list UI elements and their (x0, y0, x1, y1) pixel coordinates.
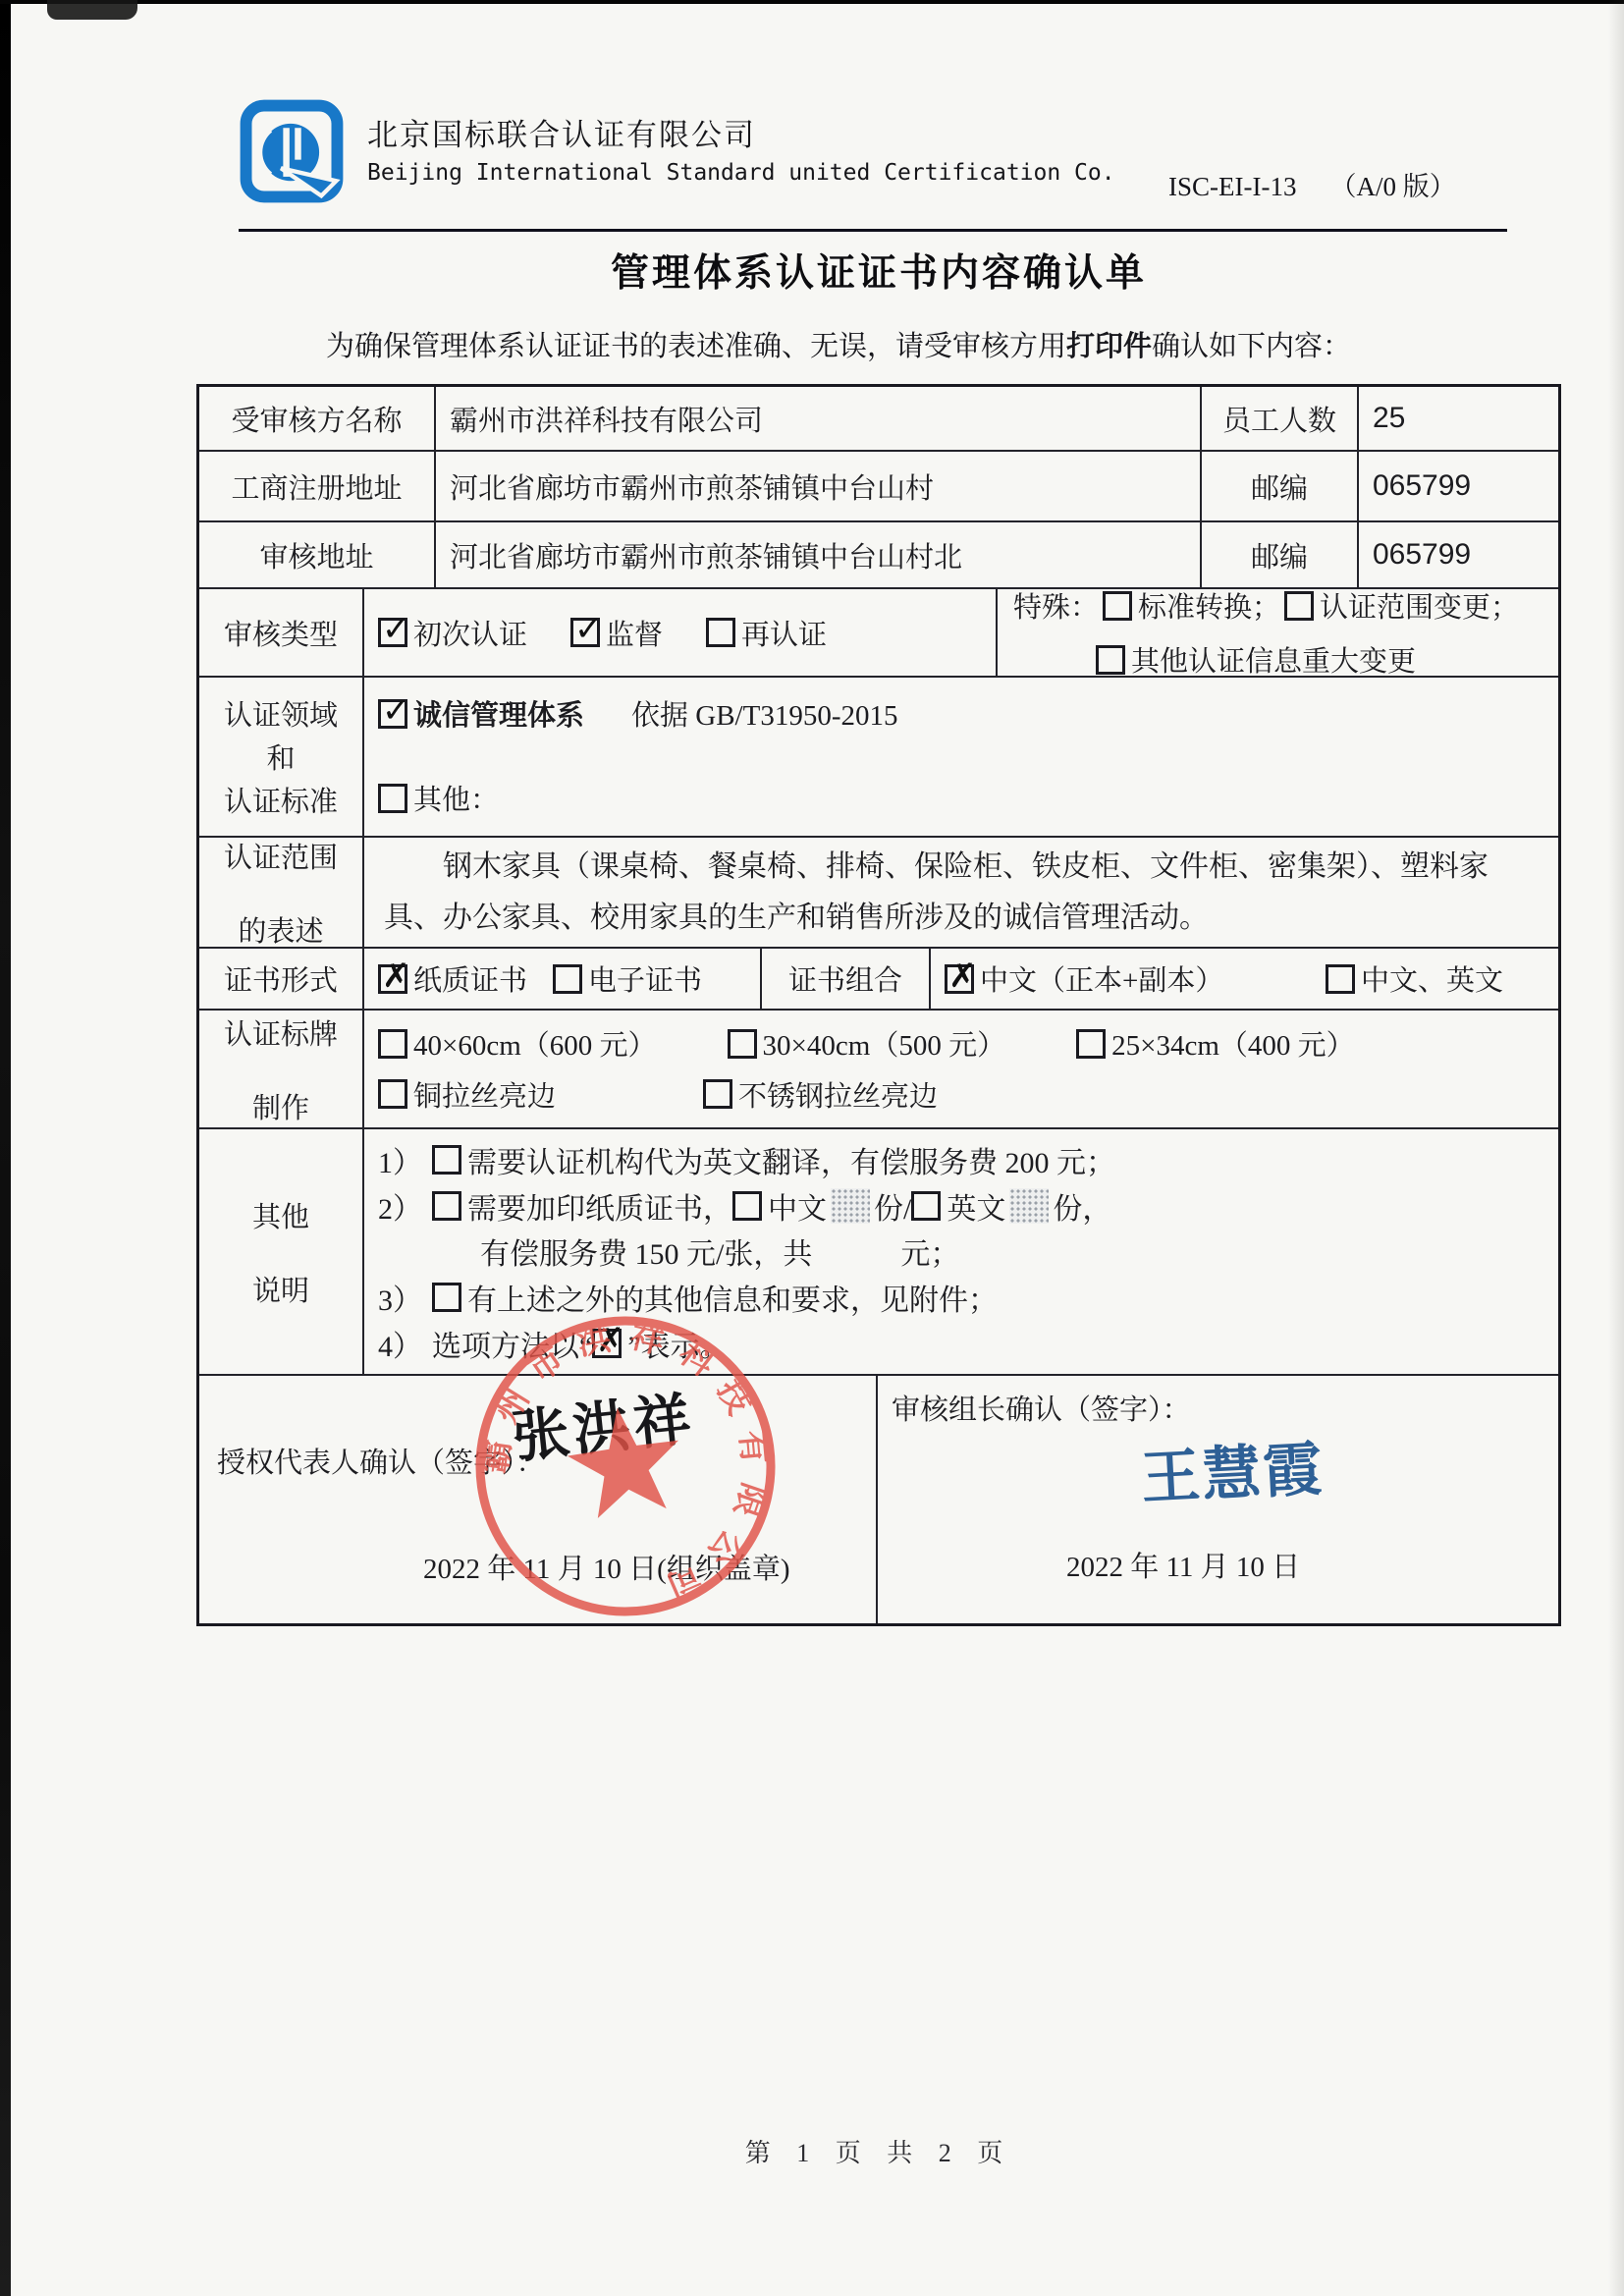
special-prefix: 特殊： (1013, 585, 1099, 626)
scope-content: 钢木家具（课桌椅、餐桌椅、排椅、保险柜、铁皮柜、文件柜、密集架）、塑料家具、办公… (364, 838, 1558, 947)
reg-address-value: 河北省廊坊市霸州市煎茶铺镇中台山村 (436, 452, 1202, 520)
note-text: 份， (1053, 1184, 1111, 1228)
row-registered-address: 工商注册地址 河北省廊坊市霸州市煎茶铺镇中台山村 邮编 065799 (199, 452, 1558, 522)
company-name-en: Beijing International Standard united Ce… (367, 160, 1115, 186)
option-label: 认证范围变更； (1320, 585, 1519, 626)
authorized-representative-cell: 授权代表人确认（签字）： 张洪祥 2022 年 11 月 10 日(组织盖章) (199, 1376, 878, 1623)
company-logo-icon (239, 98, 345, 204)
option-plaque-30x40: 30×40cm（500 元） (728, 1023, 1006, 1064)
note-number: 2） (378, 1184, 422, 1228)
authorized-representative-title: 授权代表人确认（签字）： (217, 1441, 545, 1481)
audit-type-special: 特殊： 标准转换； 认证范围变更； 其他认证信息重大变更 (998, 589, 1558, 676)
label-line: 认证范围 (224, 836, 338, 876)
note-text: 需要加印纸质证书， (467, 1184, 732, 1228)
row-cert-form: 证书形式 ✗ 纸质证书 电子证书 证书组合 ✗ 中文（正本+副本） (199, 949, 1558, 1011)
note-item-1: 1） 需要认证机构代为英文翻译，有偿服务费 200 元； (378, 1138, 1115, 1181)
option-label: 铜拉丝亮边 (413, 1074, 556, 1115)
audit-address-value: 河北省廊坊市霸州市煎茶铺镇中台山村北 (436, 522, 1202, 587)
option-paper-certificate: ✗ 纸质证书 (378, 958, 527, 999)
note-item-4: 4） 选项方法以“ ✗ ”表示。 (378, 1322, 730, 1365)
special-line-2: 其他认证信息重大变更 (1013, 639, 1416, 680)
option-other-major-change: 其他认证信息重大变更 (1096, 639, 1416, 680)
note-text: ”表示。 (627, 1322, 729, 1365)
page-number: 第 1 页 共 2 页 (196, 2133, 1561, 2169)
option-initial-certification: ✓ 初次认证 (378, 613, 527, 653)
option-label: 标准转换； (1138, 585, 1280, 626)
checkbox-chinese-original-copy: ✗ (945, 964, 974, 994)
option-surveillance: ✓ 监督 (570, 613, 663, 653)
employee-count-label: 员工人数 (1202, 387, 1359, 450)
option-plaque-25x34: 25×34cm（400 元） (1076, 1023, 1355, 1064)
audit-postcode-label: 邮编 (1202, 522, 1359, 587)
option-label: 中文、英文 (1361, 958, 1503, 999)
audit-team-leader-title: 审核组长确认（签字）： (892, 1388, 1191, 1428)
checkbox-extra-english (911, 1191, 941, 1221)
checkbox-english-translation (432, 1145, 461, 1175)
note-item-2: 2） 需要加印纸质证书， 中文 份/ 英文 份， (378, 1184, 1111, 1228)
option-label: 再认证 (741, 613, 827, 653)
checkbox-other-info (432, 1283, 461, 1312)
checkbox-surveillance: ✓ (570, 618, 600, 647)
domain-basis: 依据 GB/T31950-2015 (631, 693, 897, 734)
option-label: 30×40cm（500 元） (763, 1023, 1006, 1064)
scan-edge-top (0, 0, 1624, 4)
option-label: 监督 (606, 613, 663, 653)
option-label: 其他认证信息重大变更 (1131, 639, 1416, 680)
note-item-3: 3） 有上述之外的其他信息和要求，见附件； (378, 1276, 998, 1319)
cert-form-options: ✗ 纸质证书 电子证书 (364, 949, 762, 1009)
blank-fill-box (831, 1188, 870, 1224)
audit-postcode-value: 065799 (1359, 522, 1558, 587)
checkbox-recertification (706, 618, 735, 647)
form-table: 受审核方名称 霸州市洪祥科技有限公司 员工人数 25 工商注册地址 河北省廊坊市… (196, 384, 1561, 1626)
scope-label: 认证范围 的表述 (199, 838, 364, 947)
scan-right-shade (1608, 0, 1624, 2296)
special-line-1: 特殊： 标准转换； 认证范围变更； (1013, 585, 1519, 626)
option-label: 不锈钢拉丝亮边 (738, 1074, 938, 1115)
checkbox-scope-change (1284, 591, 1314, 621)
checkbox-copper-edge (378, 1079, 407, 1109)
cert-combo-label: 证书组合 (762, 949, 931, 1009)
domain-main-line: ✓ 诚信管理体系 依据 GB/T31950-2015 (378, 693, 897, 734)
cert-form-label: 证书形式 (199, 949, 364, 1009)
intro-bold: 打印件 (1066, 331, 1152, 362)
label-line: 认证领域 (224, 693, 338, 734)
label-line: 其他 (252, 1195, 309, 1235)
auditee-value: 霸州市洪祥科技有限公司 (436, 387, 1202, 450)
row-cert-domain: 认证领域 和 认证标准 ✓ 诚信管理体系 依据 GB/T31950-2015 其… (199, 678, 1558, 838)
checkbox-paper-certificate: ✗ (378, 964, 407, 994)
checkbox-extra-chinese (732, 1191, 762, 1221)
note-text: 中文 (768, 1184, 827, 1228)
notes-content: 1） 需要认证机构代为英文翻译，有偿服务费 200 元； 2） 需要加印纸质证书… (364, 1129, 1558, 1374)
reg-postcode-label: 邮编 (1202, 452, 1359, 520)
note-text: 有偿服务费 150 元/张，共 元； (480, 1230, 959, 1273)
row-plaque: 认证标牌 制作 40×60cm（600 元） 30×40cm（500 元） 2 (199, 1011, 1558, 1129)
option-copper-edge: 铜拉丝亮边 (378, 1074, 556, 1115)
label-line: 和 (266, 737, 295, 777)
audit-team-leader-date: 2022 年 11 月 10 日 (1066, 1545, 1300, 1585)
label-line: 制作 (252, 1086, 309, 1126)
option-recertification: 再认证 (706, 613, 827, 653)
row-signatures: 授权代表人确认（签字）： 张洪祥 2022 年 11 月 10 日(组织盖章) … (199, 1376, 1558, 1623)
document-code: ISC-EI-I-13（A/0 版） (1168, 165, 1456, 203)
checkbox-integrity-management: ✓ (378, 699, 407, 729)
audit-type-options: ✓ 初次认证 ✓ 监督 再认证 (364, 589, 998, 676)
intro-text: 为确保管理体系认证证书的表述准确、无误，请受审核方用打印件确认如下内容： (326, 324, 1351, 364)
option-label: 25×34cm（400 元） (1111, 1023, 1355, 1064)
audit-team-leader-signature: 王慧霞 (1139, 1422, 1326, 1516)
note-text: 英文 (947, 1184, 1005, 1228)
checkbox-other-major-change (1096, 645, 1125, 675)
option-chinese-original-copy: ✗ 中文（正本+副本） (945, 958, 1223, 999)
checkbox-standard-conversion (1103, 591, 1132, 621)
checkbox-chinese-english (1326, 964, 1355, 994)
label-line: 认证标牌 (224, 1012, 338, 1053)
scope-text: 钢木家具（课桌椅、餐桌椅、排椅、保险柜、铁皮柜、文件柜、密集架）、塑料家具、办公… (384, 842, 1539, 944)
option-label: 初次认证 (413, 613, 527, 653)
row-audit-type: 审核类型 ✓ 初次认证 ✓ 监督 再认证 特殊： (199, 589, 1558, 678)
notes-label: 其他 说明 (199, 1129, 364, 1374)
audit-address-label: 审核地址 (199, 522, 436, 587)
checkbox-example-mark: ✗ (592, 1329, 622, 1358)
label-line: 的表述 (238, 909, 323, 950)
note-number: 3） (378, 1276, 422, 1319)
option-plaque-40x60: 40×60cm（600 元） (378, 1023, 657, 1064)
checkbox-extra-paper-certificate (432, 1191, 461, 1221)
option-chinese-english: 中文、英文 (1326, 958, 1503, 999)
checkbox-initial-certification: ✓ (378, 618, 407, 647)
label-line: 认证标准 (224, 780, 338, 820)
option-electronic-certificate: 电子证书 (553, 958, 702, 999)
row-scope: 认证范围 的表述 钢木家具（课桌椅、餐桌椅、排椅、保险柜、铁皮柜、文件柜、密集架… (199, 838, 1558, 949)
note-text: 选项方法以“ (432, 1322, 592, 1365)
cert-domain-label: 认证领域 和 认证标准 (199, 678, 364, 836)
intro-post: 确认如下内容： (1152, 331, 1351, 362)
doc-code-number: ISC-EI-I-13 (1168, 172, 1296, 201)
checkbox-electronic-certificate (553, 964, 582, 994)
cert-combo-options: ✗ 中文（正本+副本） 中文、英文 (931, 949, 1558, 1009)
option-scope-change: 认证范围变更； (1284, 585, 1519, 626)
plaque-size-options: 40×60cm（600 元） 30×40cm（500 元） 25×34cm（40… (378, 1023, 1426, 1064)
note-text: 有上述之外的其他信息和要求，见附件； (467, 1276, 998, 1319)
intro-pre: 为确保管理体系认证证书的表述准确、无误，请受审核方用 (326, 331, 1066, 362)
checkbox-plaque-40x60 (378, 1029, 407, 1059)
note-number: 1） (378, 1138, 422, 1181)
checkbox-plaque-25x34 (1076, 1029, 1106, 1059)
plaque-options: 40×60cm（600 元） 30×40cm（500 元） 25×34cm（40… (364, 1011, 1558, 1127)
page-title: 管理体系认证证书内容确认单 (196, 243, 1561, 298)
domain-other-line: 其他： (378, 778, 499, 818)
employee-count-value: 25 (1359, 387, 1558, 450)
row-audit-address: 审核地址 河北省廊坊市霸州市煎茶铺镇中台山村北 邮编 065799 (199, 522, 1558, 589)
header-rule (239, 229, 1507, 232)
scan-edge-left (0, 0, 11, 2296)
doc-code-version: （A/0 版） (1329, 172, 1455, 201)
option-label: 40×60cm（600 元） (413, 1023, 657, 1064)
plaque-label: 认证标牌 制作 (199, 1011, 364, 1127)
audit-type-label: 审核类型 (199, 589, 364, 676)
reg-address-label: 工商注册地址 (199, 452, 436, 520)
checkbox-stainless-edge (703, 1079, 732, 1109)
option-stainless-edge: 不锈钢拉丝亮边 (703, 1074, 938, 1115)
company-name-cn: 北京国标联合认证有限公司 (367, 110, 756, 154)
auditee-label: 受审核方名称 (199, 387, 436, 450)
note-item-2b: 有偿服务费 150 元/张，共 元； (378, 1230, 959, 1273)
blank-fill-box (1009, 1188, 1049, 1224)
audit-team-leader-cell: 审核组长确认（签字）： 王慧霞 2022 年 11 月 10 日 (878, 1376, 1558, 1623)
checkbox-plaque-30x40 (728, 1029, 757, 1059)
authorized-representative-signature: 张洪祥 (508, 1373, 698, 1474)
checkbox-domain-other (378, 784, 407, 813)
row-other-notes: 其他 说明 1） 需要认证机构代为英文翻译，有偿服务费 200 元； 2） 需要… (199, 1129, 1558, 1376)
option-label: 电子证书 (588, 958, 702, 999)
option-label: 中文（正本+副本） (980, 958, 1223, 999)
scan-corner-artifact (47, 0, 137, 20)
reg-postcode-value: 065799 (1359, 452, 1558, 520)
plaque-edge-options: 铜拉丝亮边 不锈钢拉丝亮边 (378, 1074, 1085, 1115)
label-line: 说明 (252, 1269, 309, 1309)
note-text: 份/ (874, 1184, 911, 1228)
scanned-form-page: 北京国标联合认证有限公司 Beijing International Stand… (0, 0, 1624, 2296)
authorized-representative-date: 2022 年 11 月 10 日(组织盖章) (423, 1547, 790, 1587)
domain-name: 诚信管理体系 (413, 693, 584, 734)
option-label: 其他： (413, 778, 499, 818)
option-standard-conversion: 标准转换； (1103, 585, 1280, 626)
cert-domain-content: ✓ 诚信管理体系 依据 GB/T31950-2015 其他： (364, 678, 1558, 836)
option-label: 纸质证书 (413, 958, 527, 999)
note-text: 需要认证机构代为英文翻译，有偿服务费 200 元； (467, 1138, 1115, 1181)
row-auditee: 受审核方名称 霸州市洪祥科技有限公司 员工人数 25 (199, 387, 1558, 452)
note-number: 4） (378, 1322, 422, 1365)
